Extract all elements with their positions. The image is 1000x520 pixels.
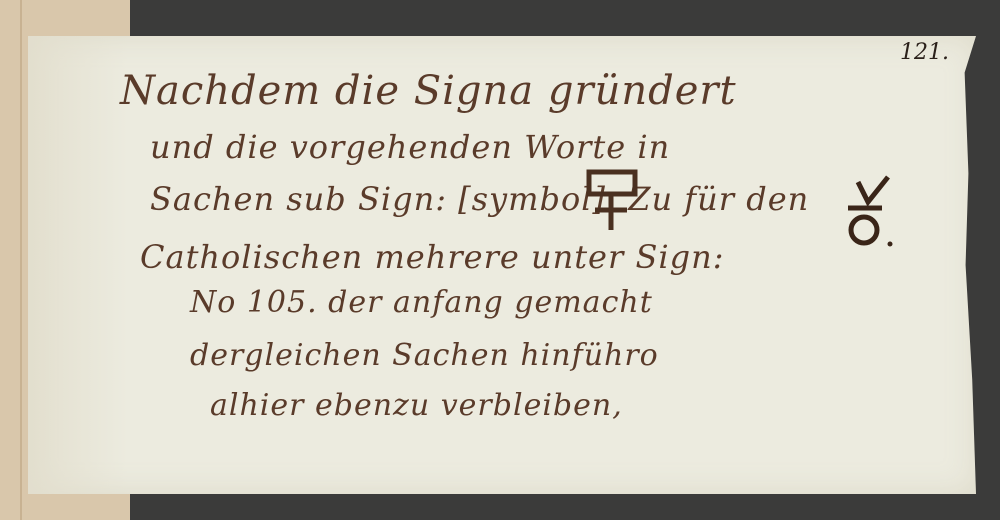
manuscript-line-4: Catholischen mehrere unter Sign:: [140, 238, 724, 276]
manuscript-line-3-text: Sachen sub Sign: [symbol]. Zu für den: [150, 180, 809, 218]
folio-number: 121.: [900, 40, 949, 65]
manuscript-line-2: und die vorgehenden Worte in: [150, 128, 670, 166]
manuscript-line-3: Sachen sub Sign: [symbol]. Zu für den: [150, 180, 809, 218]
mercury-symbol-icon: [838, 172, 898, 252]
mount-edge: [20, 0, 22, 520]
paper-shading: [28, 36, 128, 494]
manuscript-line-5: No 105. der anfang gemacht: [190, 285, 653, 320]
manuscript-line-7: alhier ebenzu verbleiben,: [210, 388, 623, 423]
box-over-cross-symbol-icon: [583, 166, 643, 232]
manuscript-line-6: dergleichen Sachen hinführo: [190, 338, 659, 373]
manuscript-line-1: Nachdem die Signa gründert: [120, 68, 737, 114]
